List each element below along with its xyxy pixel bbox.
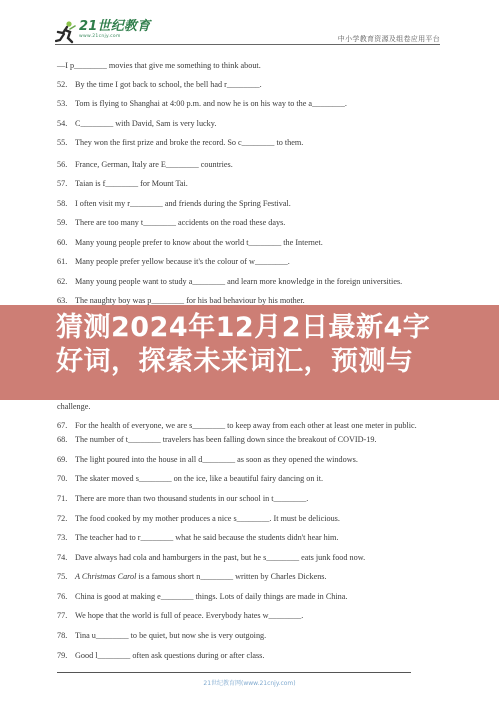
exercise-item: 60.Many young people prefer to know abou… <box>57 238 323 248</box>
exercise-item: 76.China is good at making e________ thi… <box>57 592 347 602</box>
logo-url: www.21cnjy.com <box>79 34 150 40</box>
exercise-item: 54.C________ with David, Sam is very luc… <box>57 119 216 129</box>
banner-title-line-2: 好词，探索未来词汇，预测与 <box>56 345 496 379</box>
header-divider <box>55 44 440 45</box>
exercise-item: 78.Tina u________ to be quiet, but now s… <box>57 631 266 641</box>
exercise-item: 67.For the health of everyone, we are s_… <box>57 421 417 431</box>
footer-text: 21世纪教育网(www.21cnjy.com) <box>0 678 499 687</box>
exercise-item: 53.Tom is flying to Shanghai at 4:00 p.m… <box>57 99 347 109</box>
exercise-item: 68.The number of t________ travelers has… <box>57 435 377 445</box>
exercise-item: 77.We hope that the world is full of pea… <box>57 611 303 621</box>
book-title: A Christmas Carol <box>75 572 136 581</box>
exercise-item: 52.By the time I got back to school, the… <box>57 80 262 90</box>
exercise-item: 74.Dave always had cola and hamburgers i… <box>57 553 365 563</box>
exercise-item: 79.Good l________ often ask questions du… <box>57 651 264 661</box>
exercise-item: 61.Many people prefer yellow because it'… <box>57 257 290 267</box>
title-banner: 猜测2024年12月2日最新4字 好词，探索未来词汇，预测与 <box>0 305 499 400</box>
exercise-item: 72.The food cooked by my mother produces… <box>57 514 340 524</box>
exercise-item: 75.A Christmas Carol is a famous short n… <box>57 572 327 582</box>
exercise-item: 69.The light poured into the house in al… <box>57 455 358 465</box>
exercise-item: 73.The teacher had to r________ what he … <box>57 533 338 543</box>
logo-name: 21世纪教育 <box>79 20 150 34</box>
exercise-item: —I p________ movies that give me somethi… <box>57 61 261 71</box>
exercise-item: 71.There are more than two thousand stud… <box>57 494 308 504</box>
runner-logo-icon <box>55 20 77 44</box>
exercise-item: 58.I often visit my r________ and friend… <box>57 199 291 209</box>
document-page: 21世纪教育 www.21cnjy.com 中小学教育资源及组卷应用平台 —I … <box>0 0 499 706</box>
exercise-item: 55.They won the first prize and broke th… <box>57 138 303 148</box>
banner-title: 猜测2024年12月2日最新4字 好词，探索未来词汇，预测与 <box>56 311 496 379</box>
platform-name: 中小学教育资源及组卷应用平台 <box>338 34 440 44</box>
exercise-item: 56.France, German, Italy are E________ c… <box>57 160 233 170</box>
exercise-item: 59.There are too many t________ accident… <box>57 218 285 228</box>
exercise-item: challenge. <box>57 402 90 412</box>
logo: 21世纪教育 www.21cnjy.com <box>55 20 150 46</box>
footer-divider <box>57 672 411 673</box>
exercise-item: 57.Taian is f________ for Mount Tai. <box>57 179 188 189</box>
document-header: 21世纪教育 www.21cnjy.com 中小学教育资源及组卷应用平台 <box>55 20 440 46</box>
exercise-item: 70.The skater moved s________ on the ice… <box>57 474 323 484</box>
exercise-item: 62.Many young people want to study a____… <box>57 277 402 287</box>
banner-title-line-1: 猜测2024年12月2日最新4字 <box>56 311 496 345</box>
